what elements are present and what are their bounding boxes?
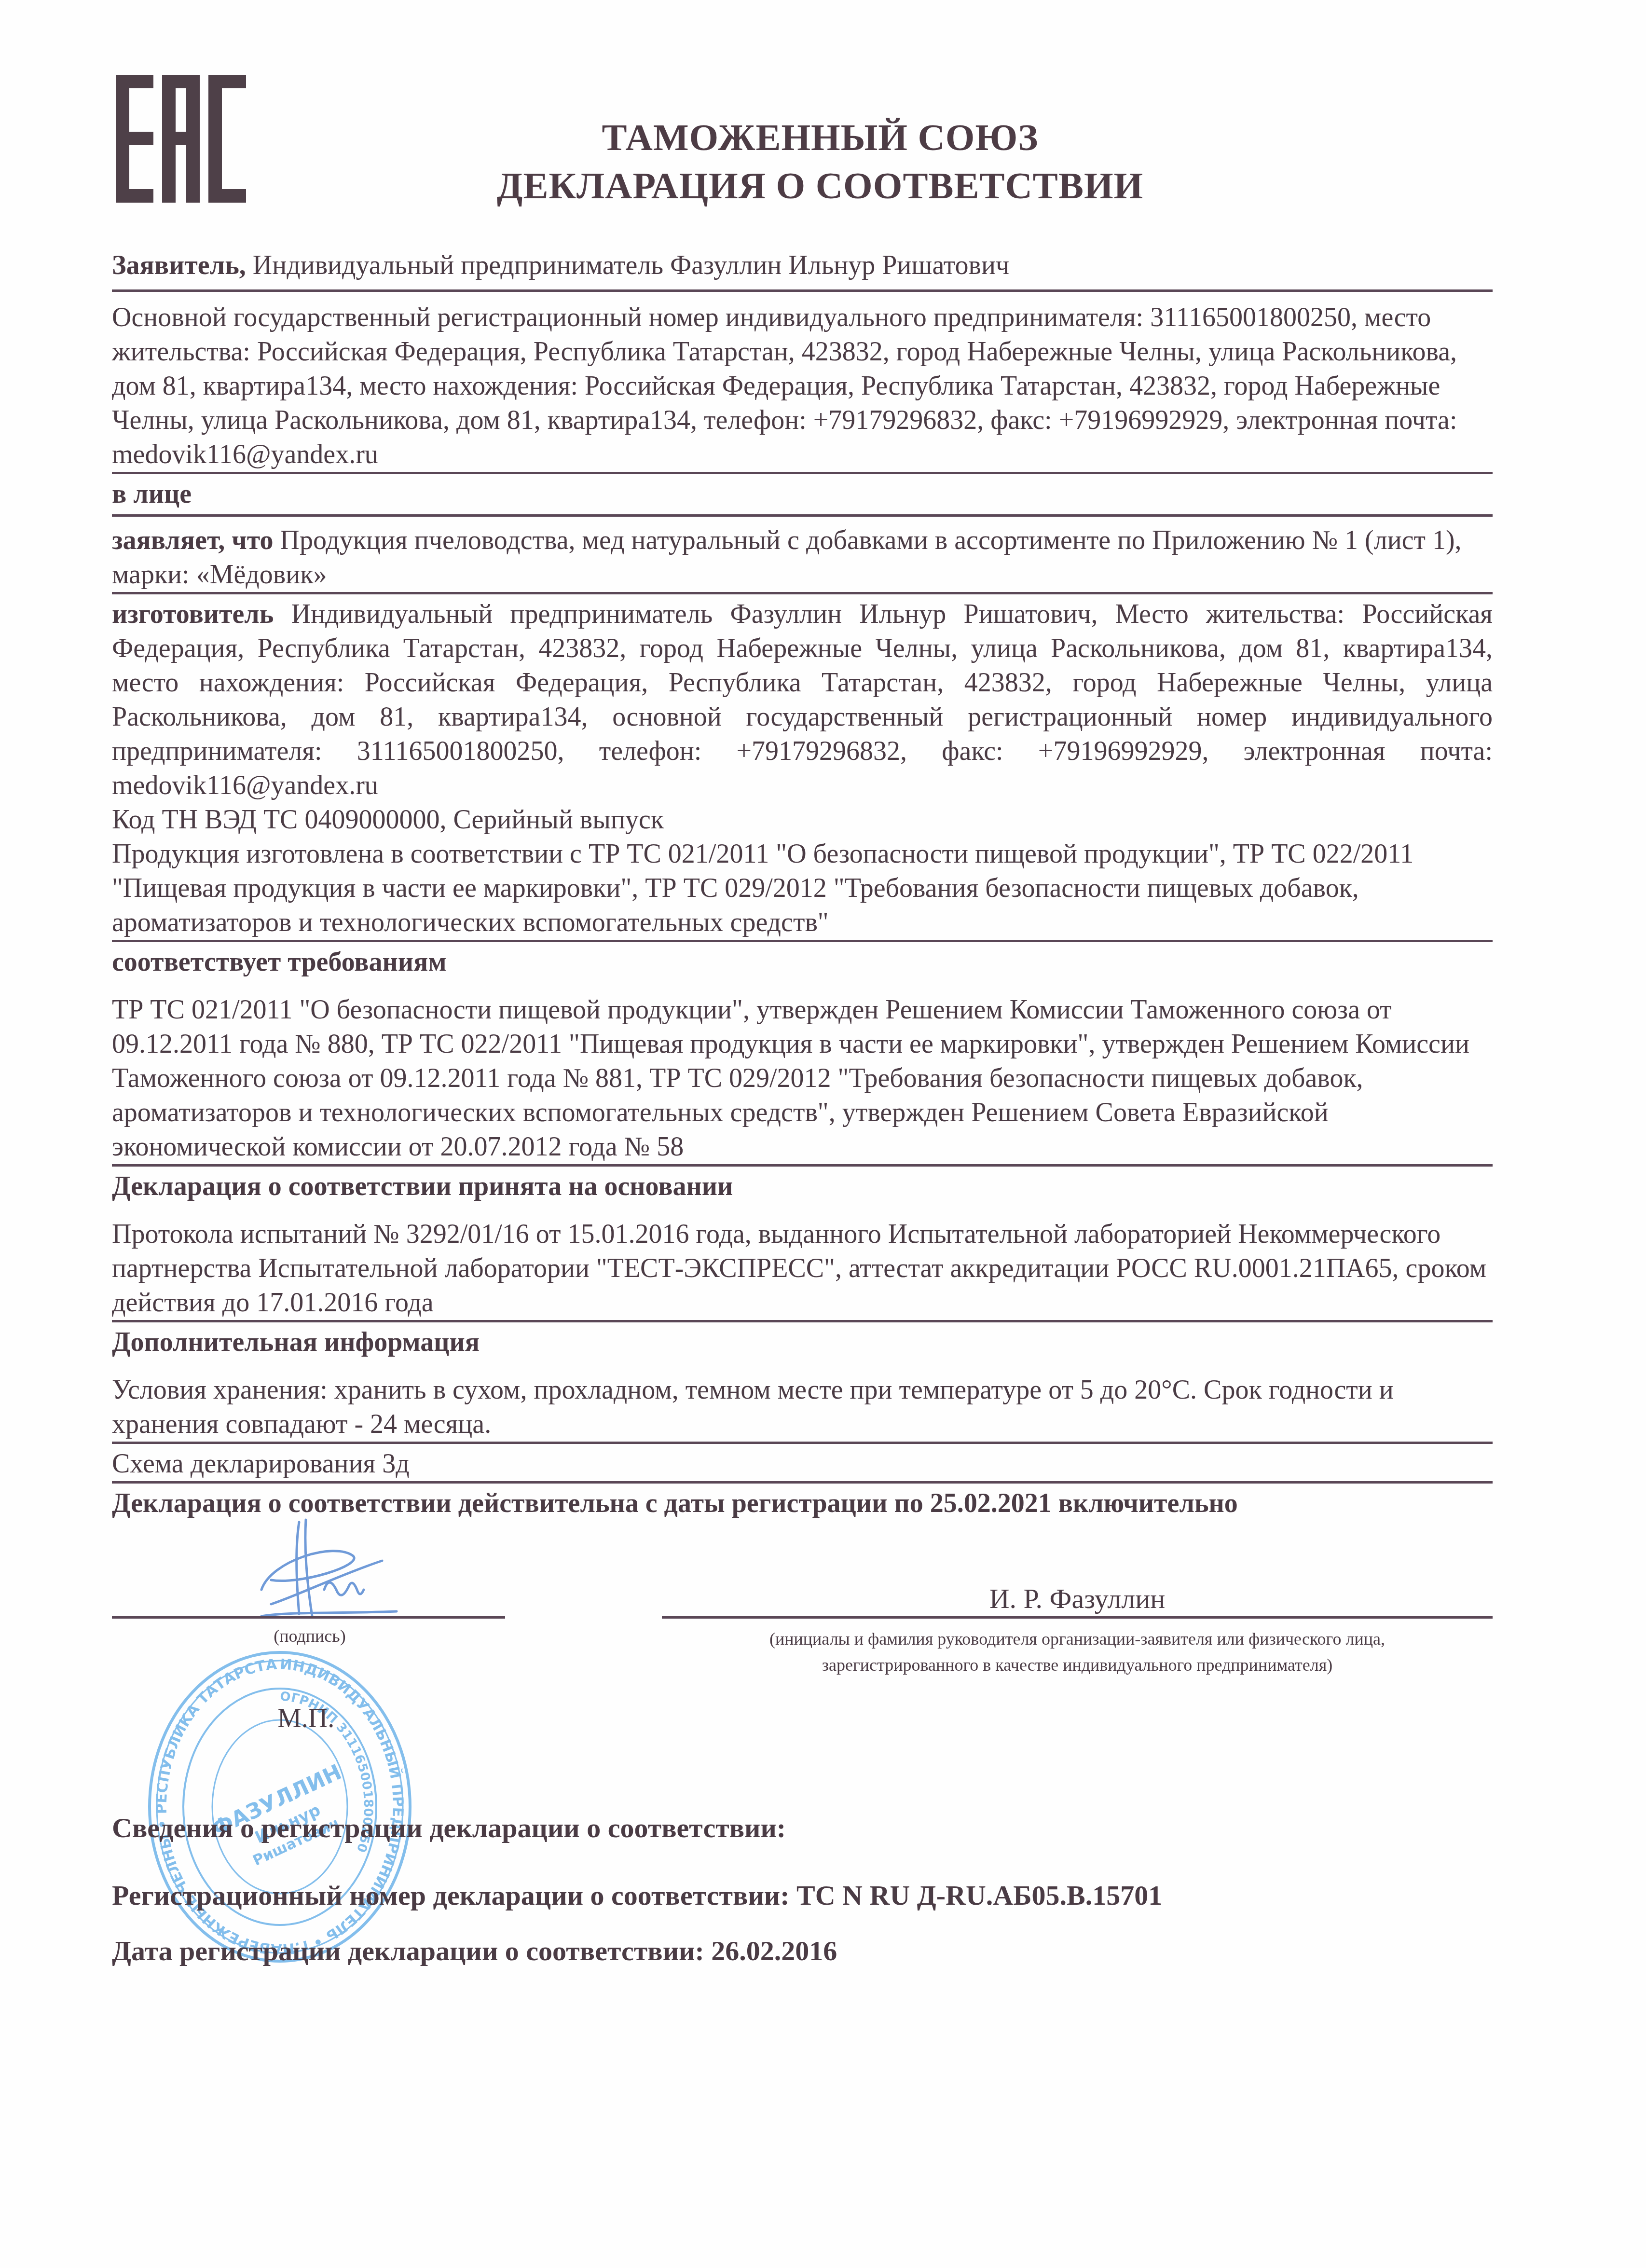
declaration-body: Заявитель, Индивидуальный предпринимател… (112, 248, 1493, 1521)
declares-row: заявляет, что Продукция пчеловодства, ме… (112, 517, 1493, 594)
registration-date-label: Дата регистрации декларации о соответств… (112, 1935, 704, 1966)
applicant-value: Индивидуальный предприниматель Фазуллин … (253, 250, 1009, 280)
eac-logo-icon (116, 75, 246, 203)
validity-statement: Декларация о соответствии действительна … (112, 1484, 1493, 1521)
title-customs-union: ТАМОЖЕННЫЙ СОЮЗ (434, 113, 1206, 162)
name-line (662, 1616, 1493, 1619)
name-caption: (инициалы и фамилия руководителя организ… (662, 1626, 1493, 1678)
title-declaration: ДЕКЛАРАЦИЯ О СООТВЕТСТВИИ (434, 162, 1206, 210)
declares-label: заявляет, что (112, 525, 274, 555)
represented-by-row: в лице (112, 474, 1493, 517)
applicant-details-text: Основной государственный регистрационный… (112, 302, 1457, 469)
signature-icon (242, 1517, 401, 1621)
manufacturer-label: изготовитель (112, 599, 274, 629)
signature-caption: (подпись) (208, 1626, 411, 1646)
represented-by-label: в лице (112, 479, 192, 509)
additional-label: Дополнительная информация (112, 1322, 1493, 1373)
product-code: Код ТН ВЭД ТС 0409000000, Серийный выпус… (112, 803, 1493, 837)
basis-value: Протокола испытаний № 3292/01/16 от 15.0… (112, 1217, 1493, 1322)
conforms-label: соответствует требованиям (112, 942, 1493, 993)
manufacturer-value: Индивидуальный предприниматель Фазуллин … (112, 599, 1493, 800)
registration-number-row: Регистрационный номер декларации о соотв… (112, 1879, 1493, 1911)
declaration-page: ТАМОЖЕННЫЙ СОЮЗ ДЕКЛАРАЦИЯ О СООТВЕТСТВИ… (0, 0, 1646, 2268)
produced-per: Продукция изготовлена в соответствии с Т… (112, 837, 1493, 942)
signatory-name: И. Р. Фазуллин (662, 1582, 1493, 1615)
manufacturer-row: изготовитель Индивидуальный предпринимат… (112, 594, 1493, 803)
conforms-value: ТР ТС 021/2011 "О безопасности пищевой п… (112, 993, 1493, 1167)
registration-heading: Сведения о регистрации декларации о соот… (112, 1812, 1493, 1844)
registration-number-value: ТС N RU Д-RU.АБ05.В.15701 (796, 1880, 1162, 1911)
stamp-place-label: М.П. (277, 1703, 334, 1734)
signature-line (112, 1616, 505, 1619)
basis-label: Декларация о соответствии принята на осн… (112, 1167, 1493, 1217)
registration-date-row: Дата регистрации декларации о соответств… (112, 1935, 1493, 1967)
registration-number-label: Регистрационный номер декларации о соотв… (112, 1880, 790, 1911)
additional-value: Условия хранения: хранить в сухом, прохл… (112, 1373, 1493, 1444)
declares-value: Продукция пчеловодства, мед натуральный … (112, 525, 1462, 590)
applicant-details: Основной государственный регистрационный… (112, 292, 1493, 474)
declaration-scheme: Схема декларирования 3д (112, 1444, 1493, 1484)
applicant-label: Заявитель, (112, 250, 246, 280)
name-caption-line1: (инициалы и фамилия руководителя организ… (662, 1626, 1493, 1652)
name-caption-line2: зарегистрированного в качестве индивидуа… (662, 1652, 1493, 1678)
seal-stamp-icon: ИНДИВИДУАЛЬНЫЙ ПРЕДПРИНИМАТЕЛЬ • г.НАБЕР… (145, 1648, 415, 1966)
registration-date-value: 26.02.2016 (711, 1935, 837, 1966)
document-title: ТАМОЖЕННЫЙ СОЮЗ ДЕКЛАРАЦИЯ О СООТВЕТСТВИ… (434, 113, 1206, 210)
applicant-row: Заявитель, Индивидуальный предпринимател… (112, 248, 1493, 292)
